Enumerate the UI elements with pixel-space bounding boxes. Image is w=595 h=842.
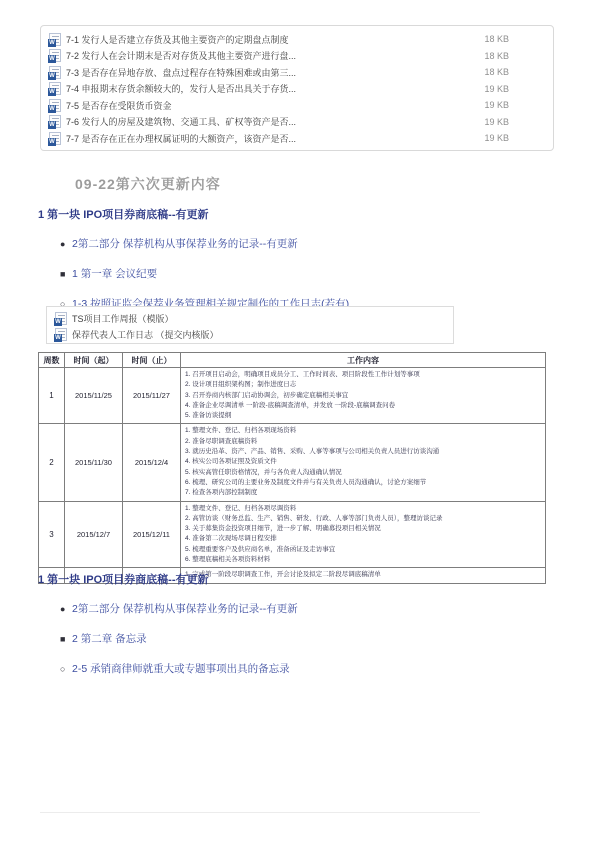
week-cell: 1 (39, 368, 65, 424)
task-line: 3. 召开券商内核部门启动协调会，初步确定底稿相关事宜 (185, 391, 541, 401)
file-name[interactable]: 7-5 是否存在受限货币资金 (66, 99, 172, 112)
task-line: 3. 就历史沿革、资产、产品、销售、采购、人事等事项与公司相关负责人员进行访谈沟… (185, 447, 541, 457)
header-week: 周数 (39, 353, 65, 368)
file-name[interactable]: 7-7 是否存在正在办理权属证明的大额资产，该资产是否... (66, 132, 296, 145)
table-header-row: 周数 时间（起） 时间（止） 工作内容 (39, 353, 546, 368)
file-name[interactable]: 7-1 发行人是否建立存货及其他主要资产的定期盘点制度 (66, 33, 289, 46)
outline-item[interactable]: ■ 1 第一章 会议纪要 (60, 266, 538, 281)
task-line: 7. 检查各项内部控制制度 (185, 488, 541, 498)
file-row[interactable]: 7-7 是否存在正在办理权属证明的大额资产，该资产是否... 19 KB (49, 130, 543, 147)
document-page: 7-1 发行人是否建立存货及其他主要资产的定期盘点制度 18 KB 7-2 发行… (0, 0, 595, 842)
attachment-panel: TS项目工作周报（模版） 保荐代表人工作日志 （提交内核版） (46, 306, 454, 344)
file-row[interactable]: 7-3 是否存在异地存放、盘点过程存在特殊困难或由第三... 18 KB (49, 64, 543, 81)
outline-section-b: 1 第一块 IPO项目券商底稿--有更新 ● 2第二部分 保荐机构从事保荐业务的… (38, 571, 538, 691)
outline-item[interactable]: ● 2第二部分 保荐机构从事保荐业务的记录--有更新 (60, 601, 538, 616)
outline-link[interactable]: 1 第一章 会议纪要 (72, 266, 157, 281)
start-date-cell: 2015/11/30 (65, 424, 123, 501)
task-line: 1. 整理文件、登记、归档各项尽调资料 (185, 504, 541, 514)
week-cell: 2 (39, 424, 65, 501)
file-row[interactable]: 7-2 发行人在会计期末是否对存货及其他主要资产进行盘... 18 KB (49, 48, 543, 65)
section-title: 1 第一块 IPO项目券商底稿--有更新 (38, 206, 538, 222)
start-date-cell: 2015/12/7 (65, 501, 123, 568)
file-size: 19 KB (484, 100, 509, 110)
square-bullet-icon: ■ (60, 634, 72, 644)
section-title: 1 第一块 IPO项目券商底稿--有更新 (38, 571, 538, 587)
disc-bullet-icon: ● (60, 604, 72, 614)
outline-link[interactable]: 2-5 承销商律师就重大或专题事项出具的备忘录 (72, 661, 290, 676)
file-row[interactable]: 7-4 申报期末存货余额较大的，发行人是否出具关于存货... 19 KB (49, 81, 543, 98)
bottom-divider (40, 812, 480, 813)
attachment-name[interactable]: TS项目工作周报（模版） (72, 312, 174, 325)
word-document-icon (55, 312, 67, 325)
file-list-panel: 7-1 发行人是否建立存货及其他主要资产的定期盘点制度 18 KB 7-2 发行… (40, 25, 554, 151)
file-size: 18 KB (484, 34, 509, 44)
start-date-cell: 2015/11/25 (65, 368, 123, 424)
task-line: 1. 召开项目启动会，明确项目成员分工、工作时间表、项目阶段性工作计划等事项 (185, 370, 541, 380)
square-bullet-icon: ■ (60, 269, 72, 279)
task-line: 2. 高管访谈（财务总监、生产、销售、研发、行政、人事等部门负责人员），整理访谈… (185, 514, 541, 524)
attachment-row[interactable]: 保荐代表人工作日志 （提交内核版） (55, 326, 445, 342)
task-line: 5. 梳理重要客户及供应商名单，准备函证及走访事宜 (185, 545, 541, 555)
word-document-icon (49, 66, 61, 79)
table-row: 3 2015/12/7 2015/12/11 1. 整理文件、登记、归档各项尽调… (39, 501, 546, 568)
header-start: 时间（起） (65, 353, 123, 368)
word-document-icon (49, 33, 61, 46)
outline-item[interactable]: ● 2第二部分 保荐机构从事保荐业务的记录--有更新 (60, 236, 538, 251)
attachment-row[interactable]: TS项目工作周报（模版） (55, 310, 445, 326)
task-line: 6. 梳理、研究公司的主要业务及制度文件并与有关负责人员沟通确认，讨论方案细节 (185, 478, 541, 488)
outline-link[interactable]: 2第二部分 保荐机构从事保荐业务的记录--有更新 (72, 601, 298, 616)
task-line: 1. 整理文件、登记、归档各项现场资料 (185, 426, 541, 436)
word-document-icon (49, 49, 61, 62)
task-line: 6. 整理底稿相关各项资料材料 (185, 555, 541, 565)
attachment-name[interactable]: 保荐代表人工作日志 （提交内核版） (72, 328, 219, 341)
file-name[interactable]: 7-6 发行人的房屋及建筑物、交通工具、矿权等资产是否... (66, 115, 296, 128)
header-tasks: 工作内容 (181, 353, 546, 368)
file-name[interactable]: 7-3 是否存在异地存放、盘点过程存在特殊困难或由第三... (66, 66, 296, 79)
week-cell: 3 (39, 501, 65, 568)
disc-bullet-icon: ● (60, 239, 72, 249)
file-name[interactable]: 7-2 发行人在会计期末是否对存货及其他主要资产进行盘... (66, 49, 296, 62)
task-line: 5. 准备访谈提纲 (185, 411, 541, 421)
end-date-cell: 2015/12/11 (123, 501, 181, 568)
file-name[interactable]: 7-4 申报期末存货余额较大的，发行人是否出具关于存货... (66, 82, 296, 95)
file-size: 18 KB (484, 51, 509, 61)
word-document-icon (49, 99, 61, 112)
file-size: 18 KB (484, 67, 509, 77)
file-size: 19 KB (484, 117, 509, 127)
end-date-cell: 2015/12/4 (123, 424, 181, 501)
word-document-icon (49, 115, 61, 128)
file-row[interactable]: 7-5 是否存在受限货币资金 19 KB (49, 97, 543, 114)
outline-item[interactable]: ○ 2-5 承销商律师就重大或专题事项出具的备忘录 (60, 661, 538, 676)
task-line: 5. 核实高管任职资格情况，并与各负责人沟通确认情况 (185, 468, 541, 478)
work-log-table: 周数 时间（起） 时间（止） 工作内容 1 2015/11/25 2015/11… (38, 352, 546, 584)
task-line: 2. 设计项目组织架构图；制作进度日志 (185, 380, 541, 390)
task-line: 4. 核实公司各项证照及资质文件 (185, 457, 541, 467)
task-line: 4. 准备企业尽调清单 一阶段-底稿调查清单，并发放 一阶段-底稿调查问卷 (185, 401, 541, 411)
tasks-cell: 1. 召开项目启动会，明确项目成员分工、工作时间表、项目阶段性工作计划等事项 2… (181, 368, 546, 424)
file-row[interactable]: 7-1 发行人是否建立存货及其他主要资产的定期盘点制度 18 KB (49, 31, 543, 48)
outline-link[interactable]: 2 第二章 备忘录 (72, 631, 147, 646)
file-size: 19 KB (484, 133, 509, 143)
outline-item[interactable]: ■ 2 第二章 备忘录 (60, 631, 538, 646)
end-date-cell: 2015/11/27 (123, 368, 181, 424)
task-line: 3. 关于募集资金投资项目细节，进一步了解、明确募投项目相关情况 (185, 524, 541, 534)
file-row[interactable]: 7-6 发行人的房屋及建筑物、交通工具、矿权等资产是否... 19 KB (49, 114, 543, 131)
table-row: 2 2015/11/30 2015/12/4 1. 整理文件、登记、归档各项现场… (39, 424, 546, 501)
word-document-icon (49, 82, 61, 95)
outline-link[interactable]: 2第二部分 保荐机构从事保荐业务的记录--有更新 (72, 236, 298, 251)
update-heading: 09-22第六次更新内容 (75, 174, 221, 194)
table-row: 1 2015/11/25 2015/11/27 1. 召开项目启动会，明确项目成… (39, 368, 546, 424)
file-size: 19 KB (484, 84, 509, 94)
tasks-cell: 1. 整理文件、登记、归档各项现场资料 2. 准备尽职调查底稿资料 3. 就历史… (181, 424, 546, 501)
tasks-cell: 1. 整理文件、登记、归档各项尽调资料 2. 高管访谈（财务总监、生产、销售、研… (181, 501, 546, 568)
task-line: 4. 准备第二次现场尽调日程安排 (185, 534, 541, 544)
circle-bullet-icon: ○ (60, 664, 72, 674)
task-line: 2. 准备尽职调查底稿资料 (185, 437, 541, 447)
header-end: 时间（止） (123, 353, 181, 368)
word-document-icon (55, 328, 67, 341)
word-document-icon (49, 132, 61, 145)
